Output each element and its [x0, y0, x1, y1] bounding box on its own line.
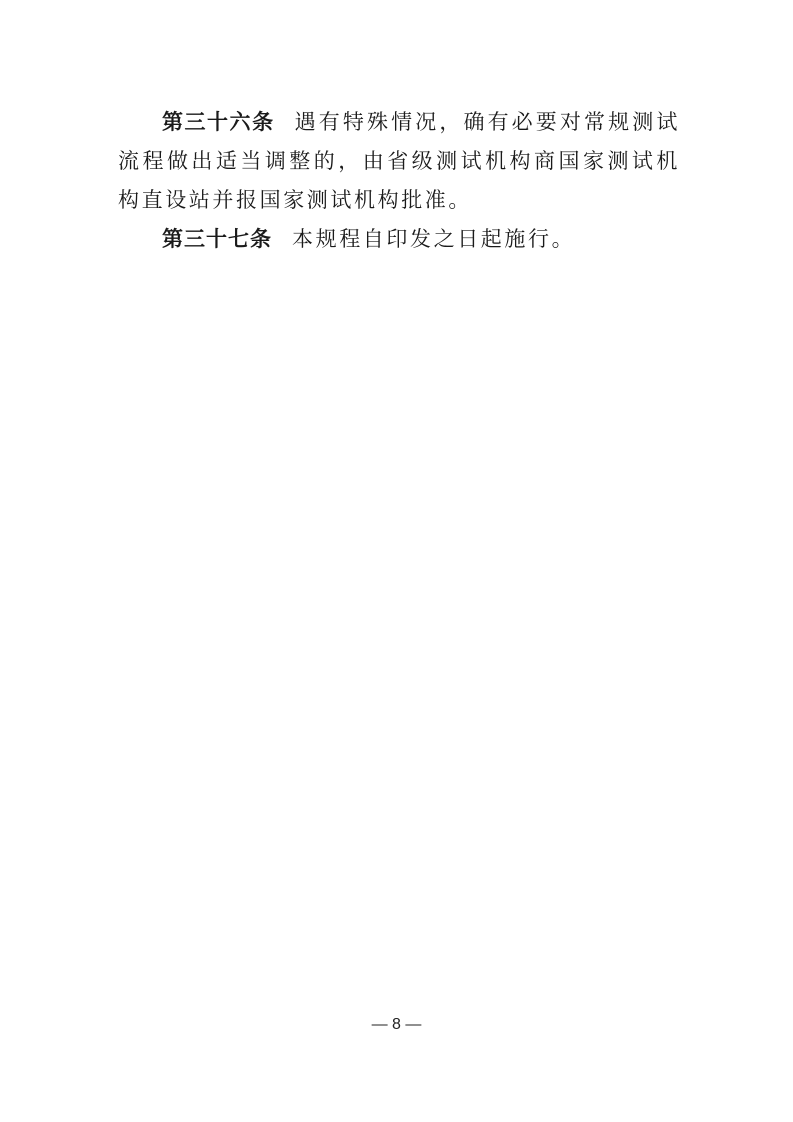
article-37-text: 本规程自印发之日起施行。: [292, 227, 575, 251]
article-37-paragraph: 第三十七条本规程自印发之日起施行。: [118, 220, 680, 259]
article-36-paragraph: 第三十六条遇有特殊情况，确有必要对常规测试流程做出适当调整的，由省级测试机构商国…: [118, 103, 680, 220]
article-37-number: 第三十七条: [162, 227, 272, 251]
document-page: 第三十六条遇有特殊情况，确有必要对常规测试流程做出适当调整的，由省级测试机构商国…: [0, 0, 793, 1122]
page-number: — 8 —: [0, 1016, 793, 1034]
article-36-number: 第三十六条: [162, 110, 275, 134]
